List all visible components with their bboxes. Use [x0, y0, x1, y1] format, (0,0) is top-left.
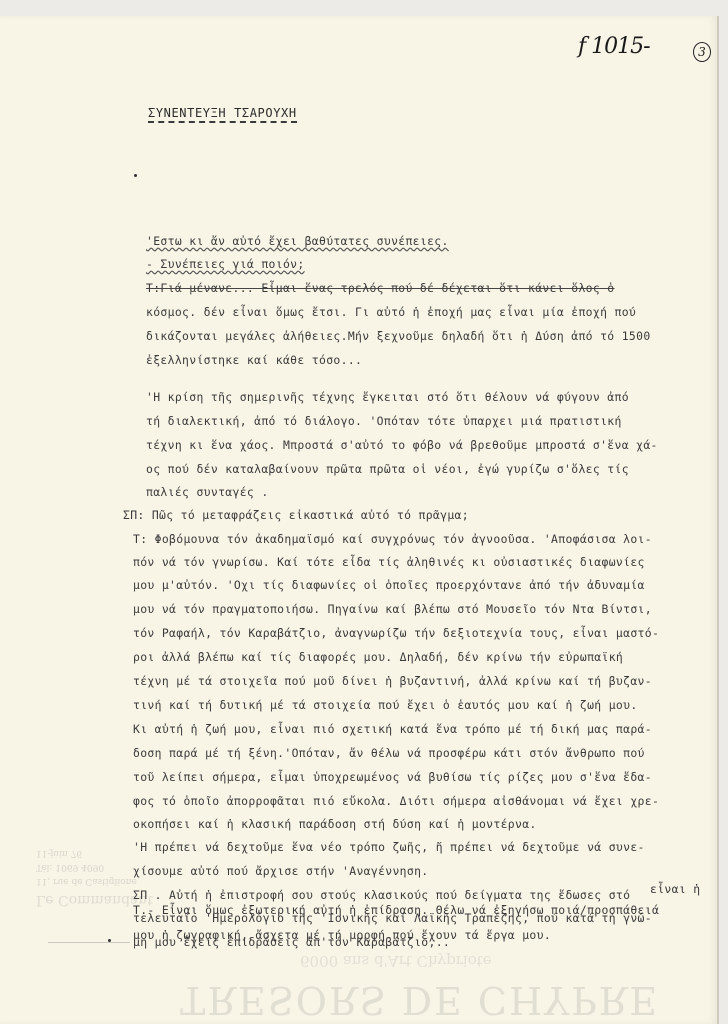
text-line: τινή καί τή δυτική μέ τά στοιχεία πού ἔχ…: [133, 698, 638, 712]
text-line: 'Η πρέπει νά δεχτοῦμε ἕνα νέο τρόπο ζωῆς…: [133, 840, 645, 854]
text-line: ἐξελληνίστηκε καί κάθε τόσο...: [146, 353, 362, 367]
text-line: Κι αὐτή ἡ ζωή μου, εἶναι πιό σχετική κατ…: [133, 722, 652, 736]
text-line: δικάζονται μεγάλες ἀλήθειες.Μήν ξεχνοῦμε…: [146, 329, 651, 343]
text-line: - Συνέπειες γιά ποιόν;: [146, 257, 305, 271]
bleed-through-stamp: TRESORS DE CHYPRE: [180, 978, 659, 1022]
text-line: Τ.- Εἶναι ὅμως ἐξωτερική αὐτή ἡ ἐπίδραση…: [133, 903, 659, 917]
text-line: μου μ'αὐτόν. 'Οχι τίς διαφωνίες οἱ ὁποῖε…: [133, 578, 645, 592]
text-line: ος πού δέν καταλαβαίνουν πρῶτα πρῶτα οἱ …: [146, 462, 629, 476]
bleed-through-stamp-subtitle: 6000 ans d'Art Chypriote: [300, 952, 492, 970]
bleed-through-text: 11, rue de Castiglione: [36, 876, 137, 886]
text-line: φος τό ὁποῖο ἀπορροφᾶται πιό εὔκολα. Διό…: [133, 794, 659, 808]
text-line: Τ:Γιά μένανε... Εἶμαι ἕνας τρελός πού δέ…: [146, 281, 615, 295]
paper-speck: [134, 174, 137, 177]
bleed-through-text: Tél: 1069 4090: [36, 862, 104, 872]
text-line: παλιές συνταγές .: [146, 485, 269, 499]
text-line: δοση παρά μέ τή ξένη.'Οπόταν, ἄν θέλω νά…: [133, 746, 645, 760]
text-line: ΣΠ: Πῶς τό μεταφράζεις εἰκαστικά αὐτό τό…: [123, 508, 469, 522]
text-line: μου ἡ ζωγραφική, ἄσχετα μέ τή μορφή πού …: [133, 928, 551, 942]
text-line: χίσουμε αὐτό πού ἄρχισε στήν 'Αναγέννηση…: [133, 864, 429, 878]
folder-mark-handwritten: f 1015-: [578, 34, 650, 59]
bleed-through-rule: [48, 942, 130, 943]
text-line: μου νά τόν πραγματοποιήσω. Πηγαίνω καί β…: [133, 602, 652, 616]
text-line: οκοπήσει καί ἡ κλασική παράδοση στή δύση…: [133, 817, 537, 831]
text-line: ΣΠ . Αὐτή ἡ ἐπιστροφή σου στούς κλασικού…: [133, 888, 630, 902]
page-number-circled: 3: [693, 42, 711, 62]
paper-speck: [108, 939, 111, 942]
text-line: 'Εστω κι ἄν αὐτό ἔχει βαθύτατες συνέπειε…: [146, 234, 449, 248]
text-line: τόν Ραφαήλ, τόν Καραβάτζιο, ἀναγνωρίζω τ…: [133, 626, 659, 640]
text-line: τή διαλεκτική, ἀπό τό διάλογο. 'Οπόταν τ…: [146, 414, 622, 428]
text-line: τοῦ λείπει σήμερα, εἶμαι ὑποχρεωμένος νά…: [133, 770, 652, 784]
text-line: τέχνη μέ τά στοιχεῖα πού μοῦ δίνει ἡ βυζ…: [133, 674, 652, 688]
document-title: ΣΥΝΕΝΤΕΥΞΗ ΤΣΑΡΟΥΧΗ: [148, 106, 297, 123]
handwritten-insertion: εἶναι ἡ: [650, 882, 700, 896]
text-line: Τ: Φοβόμουνα τόν ἀκαδημαϊσμό καί συγχρόν…: [133, 532, 652, 546]
text-line: ροι ἀλλά βλέπω καί τίς διαφορές μου. Δηλ…: [133, 650, 623, 664]
bleed-through-text: 11-juin 76: [36, 848, 82, 858]
text-line: κόσμος. δέν εἶναι ὅμως ἔτσι. Γι αὐτό ἡ ἐ…: [146, 305, 636, 319]
document-page: f 1015- 3 ΣΥΝΕΝΤΕΥΞΗ ΤΣΑΡΟΥΧΗ 11-juin 76…: [0, 16, 719, 1024]
text-line: πόν νά τόν γνωρίσω. Καί τότε εἶδα τίς ἀλ…: [133, 555, 645, 569]
text-line: τέχνη κι ἕνα χάος. Μπροστά σ'αὐτό το φόβ…: [146, 438, 658, 452]
text-line: 'Η κρίση τῆς σημερινῆς τέχνης ἔγκειται σ…: [146, 390, 629, 404]
